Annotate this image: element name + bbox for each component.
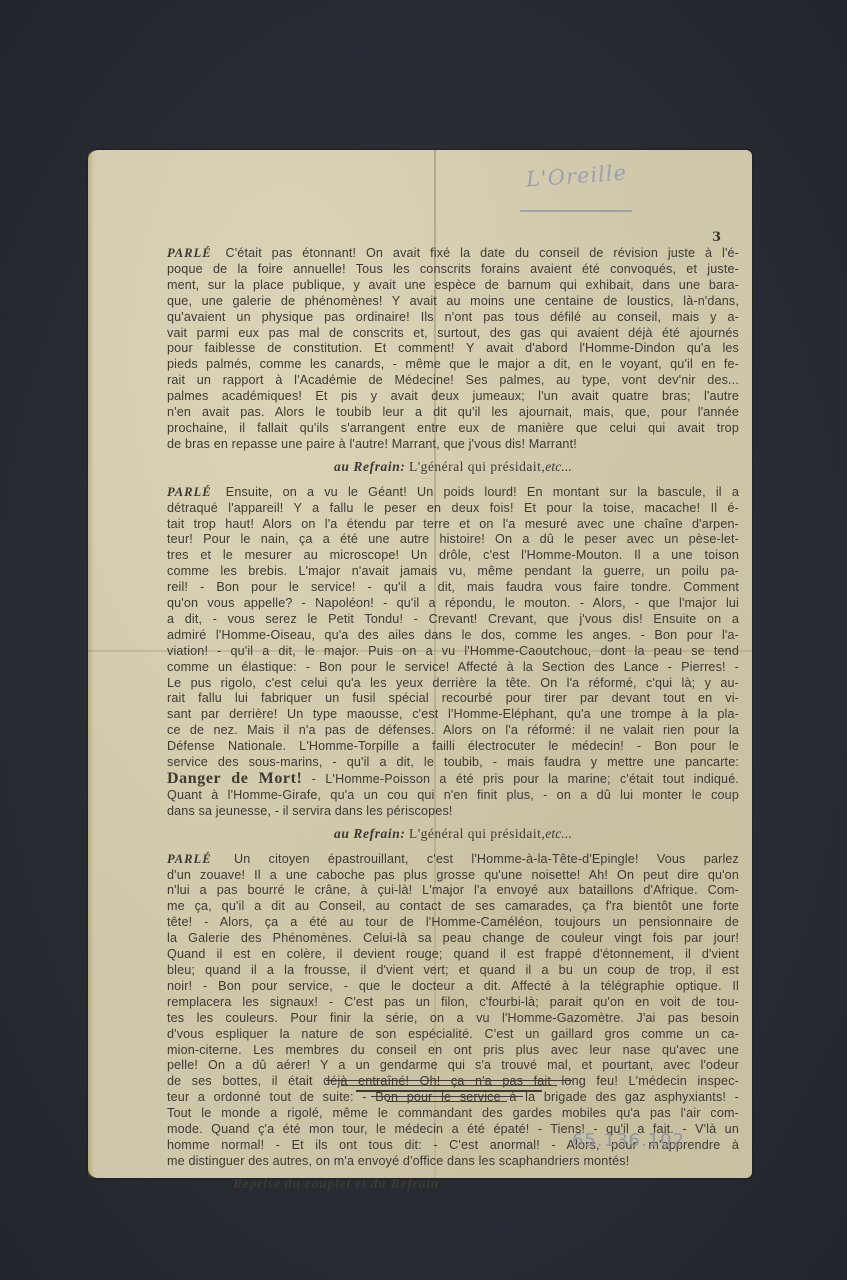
text-line: d'vous espliquer la nature de son espéci…: [167, 1027, 739, 1043]
refrain-cue: au Refrain: L'général qui présidait,etc.…: [167, 826, 739, 842]
page-number: 3: [712, 230, 721, 245]
accession-number: 65.136.102: [572, 1130, 685, 1151]
text-line: viation! - qu'il a dit, le major. Puis o…: [167, 644, 739, 660]
text-line: rait fallu lui fabriquer un fusil spécia…: [167, 691, 739, 707]
text-line: Tout le monde a rigolé, même le commanda…: [167, 1106, 739, 1122]
text-line: de bras en repasse une paire à l'autre! …: [167, 437, 739, 453]
parle-label: PARLÉ: [167, 852, 212, 866]
text-line: mion-citerne. Les membres du conseil en …: [167, 1043, 739, 1059]
pencil-underline: [520, 210, 632, 212]
text-line: Défense Nationale. L'Homme-Torpille a fa…: [167, 739, 739, 755]
text-line: comme les brebis. L'major n'avait jamais…: [167, 564, 739, 580]
text-line: prochaine, il fallait qu'ils s'arrangent…: [167, 421, 739, 437]
text-line: ce de nez. Mais il n'a pas de défenses. …: [167, 723, 739, 739]
text-line: sant par derrière! Un type maousse, c'es…: [167, 707, 739, 723]
text-line: d'un zouave! Il a une caboche pas plus g…: [167, 868, 739, 884]
text-line: ment, sur la place publique, y avait une…: [167, 278, 739, 294]
text-line: poque de la foire annuelle! Tous les con…: [167, 262, 739, 278]
text-line: tête! - Alors, ça a été au tour de l'Hom…: [167, 915, 739, 931]
parle-label: PARLÉ: [167, 246, 212, 260]
danger-line: Danger de Mort! - L'Homme-Poisson a été …: [167, 771, 739, 788]
text-line: comme un élastique: - Bon pour le servic…: [167, 660, 739, 676]
text-line: qu'on vous appelle? - Napoléon! - qu'il …: [167, 596, 739, 612]
text-line: tes les couleurs. Pour finir la série, o…: [167, 1011, 739, 1027]
text-line: admiré l'Homme-Oiseau, qu'a des ailes da…: [167, 628, 739, 644]
parle-label: PARLÉ: [167, 485, 212, 499]
text-line: C'était pas étonnant! On avait fixé la d…: [226, 246, 740, 260]
text-line: Quand il est en colère, il devient rouge…: [167, 947, 739, 963]
spoken-stanza-1: PARLÉ C'était pas étonnant! On avait fix…: [167, 246, 739, 475]
text-line: me distinguer des autres, on m'a envoyé …: [167, 1154, 739, 1170]
text-line: me ça, qu'il a dit au Conseil, au contac…: [167, 899, 739, 915]
text-line: vait parmi eux pas mal de conscrits et, …: [167, 326, 739, 342]
text-line: n'en avait pas. Alors le toubib leur a d…: [167, 405, 739, 421]
body-text: PARLÉ C'était pas étonnant! On avait fix…: [167, 246, 739, 1192]
text-line: a dit, - vous serez le Petit Tondu! - Cr…: [167, 612, 739, 628]
text-line: noir! - Bon pour service, - que le docte…: [167, 979, 739, 995]
text-line: Un citoyen épastrouillant, c'est l'Homme…: [234, 852, 739, 866]
text-line: teur! Pour le nain, ça a été une autre h…: [167, 532, 739, 548]
pencil-annotation: L'Oreille: [525, 161, 627, 192]
text-line: Ensuite, on a vu le Géant! Un poids lour…: [226, 485, 739, 499]
text-line: qu'avaient un physique pas ordinaire! Il…: [167, 310, 739, 326]
text-line: n'lui a pas bourré le crâne, à çui-là! L…: [167, 883, 739, 899]
text-line: pieds palmés, comme les canards, - même …: [167, 357, 739, 373]
text-line: Le pus rigolo, c'est celui qu'a les yeux…: [167, 676, 739, 692]
text-line: rait un rapport à l'Académie de Médecine…: [167, 373, 739, 389]
text-line: détraqué l'appareil! Y a fallu le peser …: [167, 501, 739, 517]
document-page: L'Oreille 3 PARLÉ C'était pas étonnant! …: [88, 150, 752, 1178]
text-line: tres et le mesurer au microscope! Un drô…: [167, 548, 739, 564]
text-line: service des sous-marins, - qu'il a dit, …: [167, 755, 739, 771]
text-line: bleu; quand il a la frousse, il d'vient …: [167, 963, 739, 979]
spoken-stanza-2: PARLÉ Ensuite, on a vu le Géant! Un poid…: [167, 485, 739, 842]
text-line: tait trop haut! Alors on l'a étendu par …: [167, 517, 739, 533]
text-line: dans sa jeunesse, - il servira dans les …: [167, 804, 739, 820]
reprise-cue: Reprise du couplet et du Refrain: [233, 1176, 739, 1192]
text-line: palmes académiques! Et pis y avait deux …: [167, 389, 739, 405]
refrain-cue: au Refrain: L'général qui présidait,etc.…: [167, 459, 739, 475]
text-line: remplacera les signaux! - C'est pas un f…: [167, 995, 739, 1011]
text-line: la Galerie des Phénomènes. Celui-là sa p…: [167, 931, 739, 947]
text-line: Quant à l'Homme-Girafe, qu'a un cou qui …: [167, 788, 739, 804]
text-line: pelle! On a dû aérer! Y a un gendarme qu…: [167, 1058, 739, 1074]
danger-de-mort-emphasis: Danger de Mort!: [167, 771, 302, 787]
text-line: reil! - Bon pour le service! - qu'il a d…: [167, 580, 739, 596]
text-line: pour faiblesse de constitution. Et comme…: [167, 341, 739, 357]
text-line: - L'Homme-Poisson a été pris pour la mar…: [312, 772, 739, 786]
text-line: que, une galerie de phénomènes! Y avait …: [167, 294, 739, 310]
closing-ornament-lines: [326, 1080, 572, 1106]
